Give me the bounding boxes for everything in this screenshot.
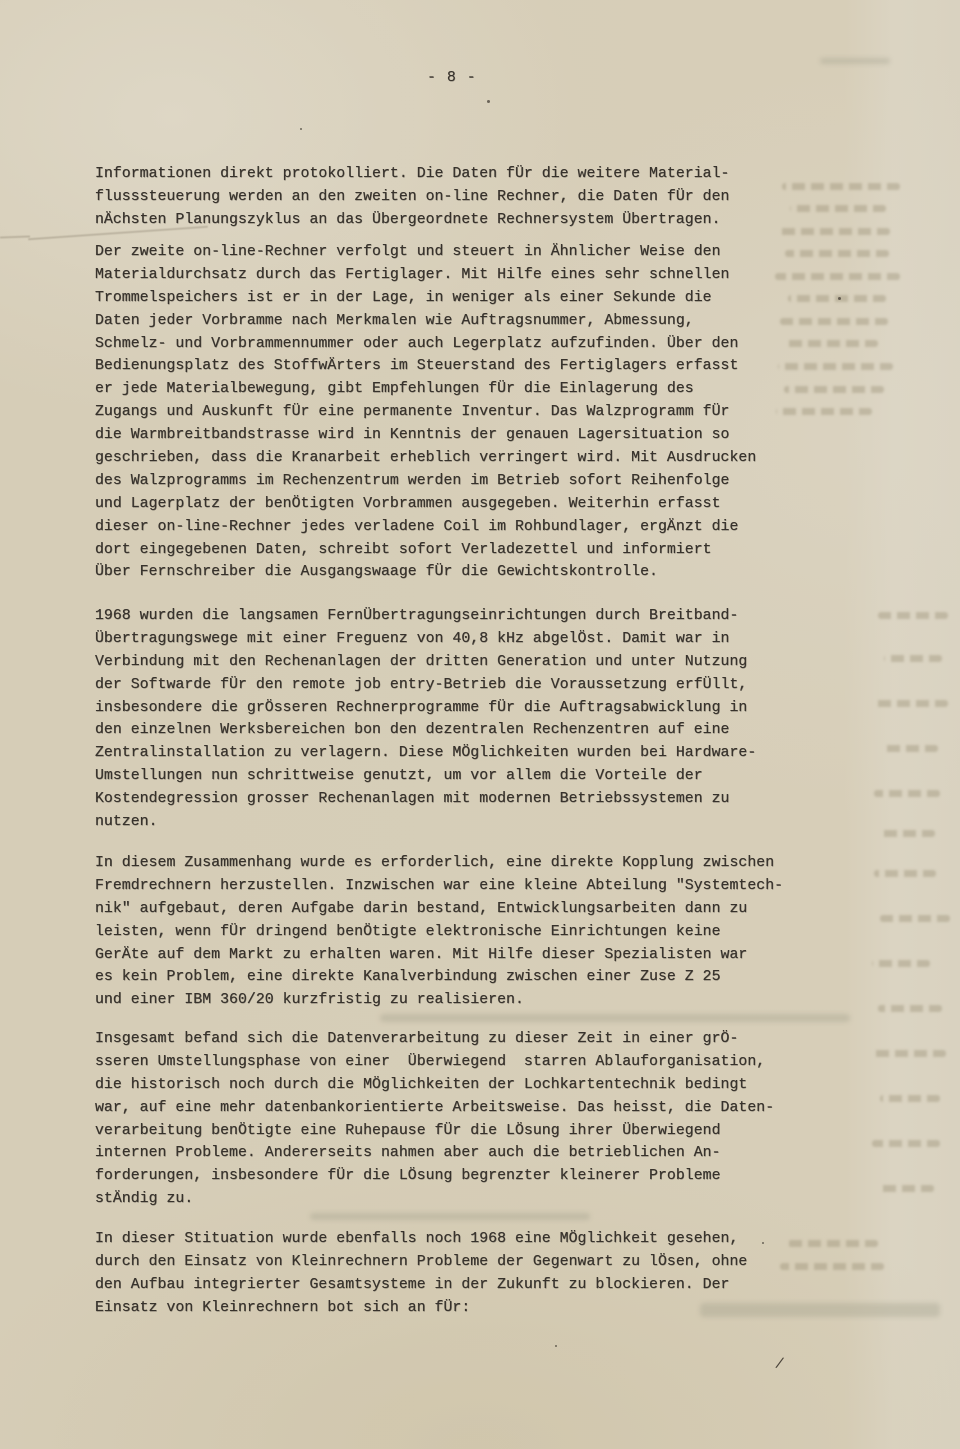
paragraph-online-rechner: Der zweite on-line-Rechner verfolgt und … (95, 241, 815, 584)
text-line: nÄchsten Planungszyklus an das Übergeord… (95, 209, 815, 232)
text-line: flusssteuerung werden an den zweiten on-… (95, 186, 815, 209)
text-line: Materialdurchsatz durch das Fertiglager.… (95, 264, 815, 287)
text-line: den einzelnen Werksbereichen bon den dez… (95, 719, 815, 742)
paper-speck (300, 128, 302, 130)
paragraph-intro: Informationen direkt protokolliert. Die … (95, 163, 815, 232)
text-line: Informationen direkt protokolliert. Die … (95, 163, 815, 186)
text-line: sseren Umstellungsphase von einer Überwi… (95, 1051, 815, 1074)
text-line: er jede Materialbewegung, gibt Empfehlun… (95, 378, 815, 401)
text-line: Zugangs und Auskunft fÜr eine permanente… (95, 401, 815, 424)
text-line: des Walzprogramms im Rechenzentrum werde… (95, 470, 815, 493)
bleedthrough-line (874, 1050, 946, 1057)
bleedthrough-line (780, 1263, 884, 1270)
text-line: Schmelz- und Vorbrammennummer oder auch … (95, 333, 815, 356)
bleedthrough-line (880, 830, 935, 837)
footer-slash-mark: / (774, 1355, 785, 1373)
bleedthrough-line (778, 363, 893, 370)
bleedthrough-line (882, 745, 938, 752)
scan-smudge (820, 58, 890, 64)
bleedthrough-line (778, 228, 890, 235)
scanned-document-page: - 8 - Informationen direkt protokolliert… (0, 0, 960, 1449)
bleedthrough-line (878, 1185, 934, 1192)
text-line: Verbindung mit den Rechenanlagen der dri… (95, 651, 815, 674)
paragraph-systemtechnik: In diesem Zusammenhang wurde es erforder… (95, 852, 815, 1012)
text-line: Kostendegression grosser Rechenanlagen m… (95, 788, 815, 811)
bleedthrough-line (784, 386, 884, 393)
paper-speck (555, 1345, 557, 1347)
text-line: und einer IBM 360/20 kurzfristig zu real… (95, 989, 815, 1012)
paragraph-1968-breitband: 1968 wurden die langsamen FernÜbertragun… (95, 605, 815, 834)
text-line: es kein Problem, eine direkte Kanalverbi… (95, 966, 815, 989)
text-line: nutzen. (95, 811, 815, 834)
bleedthrough-line (788, 295, 886, 302)
bleedthrough-line (872, 1140, 940, 1147)
text-line: die historisch noch durch die MÖglichkei… (95, 1074, 815, 1097)
text-line: geschrieben, dass die Kranarbeit erhebli… (95, 447, 815, 470)
bleedthrough-line (872, 960, 930, 967)
page-number: - 8 - (427, 70, 477, 86)
text-line: Übertragungswege mit einer Freguenz von … (95, 628, 815, 651)
bleedthrough-line (776, 408, 872, 415)
text-line: insbesondere die grÖsseren Rechnerprogra… (95, 697, 815, 720)
bleedthrough-line (878, 1005, 942, 1012)
bleedthrough-line (884, 655, 942, 662)
text-line: und Lagerplatz der benÖtigten Vorbrammen… (95, 493, 815, 516)
text-line: der Softwarde fÜr den remote job entry-B… (95, 674, 815, 697)
text-line: GerÄte auf dem Markt zu erhalten waren. … (95, 944, 815, 967)
bleedthrough-line (790, 205, 886, 212)
text-line: Insgesamt befand sich die Datenverarbeit… (95, 1028, 815, 1051)
bleedthrough-line (780, 318, 888, 325)
bleedthrough-line (880, 915, 950, 922)
text-line: 1968 wurden die langsamen FernÜbertragun… (95, 605, 815, 628)
bleedthrough-line (786, 340, 878, 347)
bleedthrough-line (878, 612, 948, 619)
scan-smudge (310, 1213, 590, 1220)
text-line: forderungen, insbesondere fÜr die LÖsung… (95, 1165, 815, 1188)
text-line: den Aufbau integrierter Gesamtsysteme in… (95, 1274, 815, 1297)
text-line: leisten, wenn fÜr dringend benÖtigte ele… (95, 921, 815, 944)
text-line: durch den Einsatz von Kleinrechnern Prob… (95, 1251, 815, 1274)
text-line: verarbeitung benÖtigte eine Ruhepause fÜ… (95, 1120, 815, 1143)
bleedthrough-line (874, 790, 940, 797)
bleedthrough-line (775, 273, 900, 280)
paper-speck (762, 1242, 764, 1244)
scan-smudge (380, 1014, 850, 1022)
paper-speck (487, 100, 490, 103)
text-line: Zentralinstallation zu verlagern. Diese … (95, 742, 815, 765)
text-line: Bedienungsplatz des StoffwÄrters im Steu… (95, 355, 815, 378)
text-line: die Warmbreitbandstrasse wird in Kenntni… (95, 424, 815, 447)
bleedthrough-line (876, 700, 948, 707)
paper-speck (838, 297, 841, 300)
bleedthrough-line (788, 1240, 878, 1247)
text-line: war, auf eine mehr datenbankorientierte … (95, 1097, 815, 1120)
text-line: Über Fernschreiber die Ausgangswaage fÜr… (95, 561, 815, 584)
paper-crease (0, 235, 30, 238)
bleedthrough-line (880, 1095, 940, 1102)
scan-smudge (700, 1303, 940, 1317)
bleedthrough-line (785, 250, 889, 257)
text-line: Trommelspeichers ist er in der Lage, in … (95, 287, 815, 310)
bleedthrough-line (782, 183, 900, 190)
text-line: Daten jeder Vorbramme nach Merkmalen wie… (95, 310, 815, 333)
text-line: Umstellungen nun schrittweise genutzt, u… (95, 765, 815, 788)
text-line: In diesem Zusammenhang wurde es erforder… (95, 852, 815, 875)
paragraph-umstellungsphase: Insgesamt befand sich die Datenverarbeit… (95, 1028, 815, 1211)
text-line: nik" aufgebaut, deren Aufgabe darin best… (95, 898, 815, 921)
text-line: Fremdrechnern herzustellen. Inzwischen w… (95, 875, 815, 898)
text-line: Der zweite on-line-Rechner verfolgt und … (95, 241, 815, 264)
text-line: dort eingegebenen Daten, schreibt sofort… (95, 539, 815, 562)
bleedthrough-line (874, 870, 936, 877)
text-line: internen Probleme. Andererseits nahmen a… (95, 1142, 815, 1165)
text-line: stÄndig zu. (95, 1188, 815, 1211)
text-line: In dieser Stituation wurde ebenfalls noc… (95, 1228, 815, 1251)
text-line: dieser on-line-Rechner jedes verladene C… (95, 516, 815, 539)
